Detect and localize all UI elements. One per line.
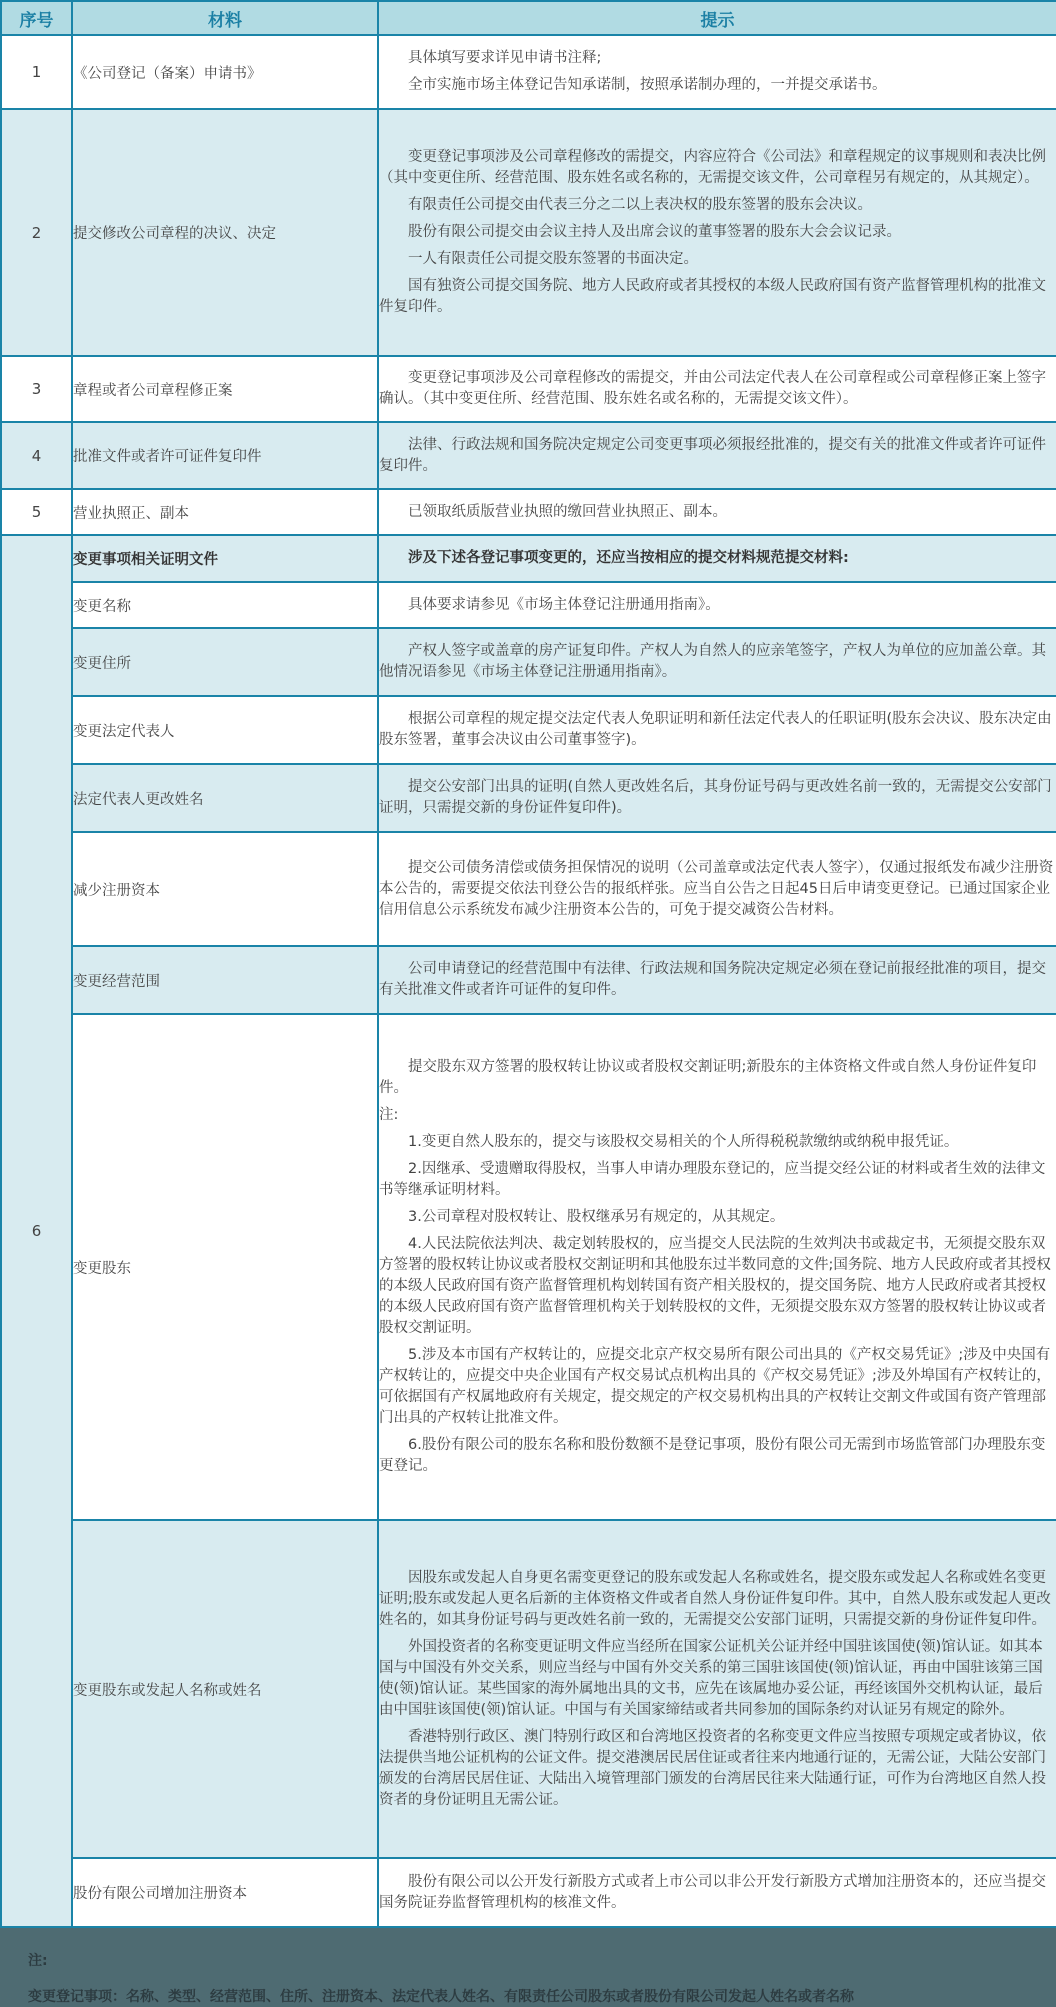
tip-cell: 公司申请登记的经营范围中有法律、行政法规和国务院决定规定必须在登记前报经批准的项… bbox=[378, 946, 1056, 1014]
table-subrow: 变更名称 具体要求请参见《市场主体登记注册通用指南》。 bbox=[1, 582, 1056, 628]
tip-paragraph: 变更登记事项涉及公司章程修改的需提交，并由公司法定代表人在公司章程或公司章程修正… bbox=[379, 368, 1056, 410]
tip-paragraph: 国有独资公司提交国务院、地方人民政府或者其授权的本级人民政府国有资产监督管理机构… bbox=[379, 276, 1056, 318]
tip-paragraph: 4.人民法院依法判决、裁定划转股权的，应当提交人民法院的生效判决书或裁定书，无须… bbox=[379, 1234, 1056, 1339]
tip-paragraph: 香港特别行政区、澳门特别行政区和台湾地区投资者的名称变更文件应当按照专项规定或者… bbox=[379, 1727, 1056, 1811]
tip-cell: 提交股东双方签署的股权转让协议或者股权交割证明;新股东的主体资格文件或自然人身份… bbox=[378, 1014, 1056, 1520]
table-subrow: 减少注册资本 提交公司债务清偿或债务担保情况的说明（公司盖章或法定代表人签字），… bbox=[1, 832, 1056, 946]
table-row-section-6: 6 变更事项相关证明文件 涉及下述各登记事项变更的，还应当按相应的提交材料规范提… bbox=[1, 535, 1056, 582]
header-no: 序号 bbox=[1, 1, 72, 35]
tip-paragraph: 3.公司章程对股权转让、股权继承另有规定的，从其规定。 bbox=[379, 1207, 1056, 1228]
tip-paragraph: 已领取纸质版营业执照的缴回营业执照正、副本。 bbox=[379, 502, 1056, 523]
table-subrow: 变更经营范围 公司申请登记的经营范围中有法律、行政法规和国务院决定规定必须在登记… bbox=[1, 946, 1056, 1014]
table-row: 4 批准文件或者许可证件复印件 法律、行政法规和国务院决定规定公司变更事项必须报… bbox=[1, 422, 1056, 489]
material-cell: 变更住所 bbox=[72, 628, 378, 696]
tip-paragraph: 产权人签字或盖章的房产证复印件。产权人为自然人的应亲笔签字，产权人为单位的应加盖… bbox=[379, 641, 1056, 683]
material-cell: 变更股东 bbox=[72, 1014, 378, 1520]
row-number: 4 bbox=[1, 422, 72, 489]
footer-note-label: 注: bbox=[28, 1950, 1056, 1970]
table-row: 3 章程或者公司章程修正案 变更登记事项涉及公司章程修改的需提交，并由公司法定代… bbox=[1, 356, 1056, 422]
material-cell: 《公司登记（备案）申请书》 bbox=[72, 35, 378, 109]
tip-paragraph: 因股东或发起人自身更名需变更登记的股东或发起人名称或姓名，提交股东或发起人名称或… bbox=[379, 1568, 1056, 1631]
tip-cell: 股份有限公司以公开发行新股方式或者上市公司以非公开发行新股方式增加注册资本的，还… bbox=[378, 1858, 1056, 1927]
material-cell: 批准文件或者许可证件复印件 bbox=[72, 422, 378, 489]
tip-cell: 具体要求请参见《市场主体登记注册通用指南》。 bbox=[378, 582, 1056, 628]
tip-cell: 提交公司债务清偿或债务担保情况的说明（公司盖章或法定代表人签字），仅通过报纸发布… bbox=[378, 832, 1056, 946]
tip-paragraph: 股份有限公司提交由会议主持人及出席会议的董事签署的股东大会会议记录。 bbox=[379, 222, 1056, 243]
tip-cell: 根据公司章程的规定提交法定代表人免职证明和新任法定代表人的任职证明(股东会决议、… bbox=[378, 696, 1056, 764]
material-cell: 股份有限公司增加注册资本 bbox=[72, 1858, 378, 1927]
tip-cell: 具体填写要求详见申请书注释; 全市实施市场主体登记告知承诺制，按照承诺制办理的，… bbox=[378, 35, 1056, 109]
footer-note: 注: 变更登记事项：名称、类型、经营范围、住所、注册资本、法定代表人姓名、有限责… bbox=[0, 1928, 1056, 2007]
row-number: 6 bbox=[1, 535, 72, 1927]
tip-cell: 提交公安部门出具的证明(自然人更改姓名后，其身份证号码与更改姓名前一致的，无需提… bbox=[378, 764, 1056, 832]
tip-cell: 涉及下述各登记事项变更的，还应当按相应的提交材料规范提交材料: bbox=[378, 535, 1056, 582]
material-cell: 变更法定代表人 bbox=[72, 696, 378, 764]
tip-paragraph: 2.因继承、受遗赠取得股权，当事人申请办理股东登记的，应当提交经公证的材料或者生… bbox=[379, 1159, 1056, 1201]
material-cell: 变更事项相关证明文件 bbox=[72, 535, 378, 582]
tip-cell: 产权人签字或盖章的房产证复印件。产权人为自然人的应亲笔签字，产权人为单位的应加盖… bbox=[378, 628, 1056, 696]
tip-cell: 变更登记事项涉及公司章程修改的需提交，内容应符合《公司法》和章程规定的议事规则和… bbox=[378, 109, 1056, 356]
tip-paragraph: 6.股份有限公司的股东名称和股份数额不是登记事项，股份有限公司无需到市场监管部门… bbox=[379, 1435, 1056, 1477]
row-number: 2 bbox=[1, 109, 72, 356]
tip-note-label: 注: bbox=[379, 1105, 1056, 1126]
tip-paragraph: 提交公司债务清偿或债务担保情况的说明（公司盖章或法定代表人签字），仅通过报纸发布… bbox=[379, 858, 1056, 921]
tip-paragraph: 提交公安部门出具的证明(自然人更改姓名后，其身份证号码与更改姓名前一致的，无需提… bbox=[379, 777, 1056, 819]
footer-note-text: 变更登记事项：名称、类型、经营范围、住所、注册资本、法定代表人姓名、有限责任公司… bbox=[28, 1986, 1056, 2006]
tip-paragraph: 1.变更自然人股东的，提交与该股权交易相关的个人所得税税款缴纳或纳税申报凭证。 bbox=[379, 1132, 1056, 1153]
header-material: 材料 bbox=[72, 1, 378, 35]
tip-cell: 已领取纸质版营业执照的缴回营业执照正、副本。 bbox=[378, 489, 1056, 535]
table-header-row: 序号 材料 提示 bbox=[1, 1, 1056, 35]
tip-paragraph: 涉及下述各登记事项变更的，还应当按相应的提交材料规范提交材料: bbox=[379, 548, 1056, 569]
material-cell: 变更经营范围 bbox=[72, 946, 378, 1014]
tip-paragraph: 5.涉及本市国有产权转让的，应提交北京产权交易所有限公司出具的《产权交易凭证》;… bbox=[379, 1345, 1056, 1429]
row-number: 3 bbox=[1, 356, 72, 422]
tip-paragraph: 公司申请登记的经营范围中有法律、行政法规和国务院决定规定必须在登记前报经批准的项… bbox=[379, 959, 1056, 1001]
material-cell: 章程或者公司章程修正案 bbox=[72, 356, 378, 422]
row-number: 5 bbox=[1, 489, 72, 535]
tip-paragraph: 具体填写要求详见申请书注释; bbox=[379, 48, 1056, 69]
material-cell: 营业执照正、副本 bbox=[72, 489, 378, 535]
requirements-table: 序号 材料 提示 1 《公司登记（备案）申请书》 具体填写要求详见申请书注释; … bbox=[0, 0, 1056, 1928]
tip-paragraph: 具体要求请参见《市场主体登记注册通用指南》。 bbox=[379, 595, 1056, 616]
row-number: 1 bbox=[1, 35, 72, 109]
table-subrow: 变更住所 产权人签字或盖章的房产证复印件。产权人为自然人的应亲笔签字，产权人为单… bbox=[1, 628, 1056, 696]
table-row: 5 营业执照正、副本 已领取纸质版营业执照的缴回营业执照正、副本。 bbox=[1, 489, 1056, 535]
tip-cell: 变更登记事项涉及公司章程修改的需提交，并由公司法定代表人在公司章程或公司章程修正… bbox=[378, 356, 1056, 422]
tip-paragraph: 一人有限责任公司提交股东签署的书面决定。 bbox=[379, 249, 1056, 270]
tip-paragraph: 股份有限公司以公开发行新股方式或者上市公司以非公开发行新股方式增加注册资本的，还… bbox=[379, 1872, 1056, 1914]
tip-paragraph: 提交股东双方签署的股权转让协议或者股权交割证明;新股东的主体资格文件或自然人身份… bbox=[379, 1057, 1056, 1099]
table-subrow: 变更股东 提交股东双方签署的股权转让协议或者股权交割证明;新股东的主体资格文件或… bbox=[1, 1014, 1056, 1520]
material-cell: 法定代表人更改姓名 bbox=[72, 764, 378, 832]
tip-paragraph: 全市实施市场主体登记告知承诺制，按照承诺制办理的，一并提交承诺书。 bbox=[379, 75, 1056, 96]
material-cell: 提交修改公司章程的决议、决定 bbox=[72, 109, 378, 356]
tip-paragraph: 根据公司章程的规定提交法定代表人免职证明和新任法定代表人的任职证明(股东会决议、… bbox=[379, 709, 1056, 751]
tip-paragraph: 法律、行政法规和国务院决定规定公司变更事项必须报经批准的，提交有关的批准文件或者… bbox=[379, 435, 1056, 477]
tip-paragraph: 有限责任公司提交由代表三分之二以上表决权的股东签署的股东会决议。 bbox=[379, 195, 1056, 216]
tip-paragraph: 外国投资者的名称变更证明文件应当经所在国家公证机关公证并经中国驻该国使(领)馆认… bbox=[379, 1637, 1056, 1721]
tip-paragraph: 变更登记事项涉及公司章程修改的需提交，内容应符合《公司法》和章程规定的议事规则和… bbox=[379, 147, 1056, 189]
tip-cell: 法律、行政法规和国务院决定规定公司变更事项必须报经批准的，提交有关的批准文件或者… bbox=[378, 422, 1056, 489]
material-cell: 变更股东或发起人名称或姓名 bbox=[72, 1520, 378, 1858]
table-row: 1 《公司登记（备案）申请书》 具体填写要求详见申请书注释; 全市实施市场主体登… bbox=[1, 35, 1056, 109]
material-cell: 减少注册资本 bbox=[72, 832, 378, 946]
table-subrow: 股份有限公司增加注册资本 股份有限公司以公开发行新股方式或者上市公司以非公开发行… bbox=[1, 1858, 1056, 1927]
table-subrow: 变更法定代表人 根据公司章程的规定提交法定代表人免职证明和新任法定代表人的任职证… bbox=[1, 696, 1056, 764]
material-cell: 变更名称 bbox=[72, 582, 378, 628]
table-subrow: 法定代表人更改姓名 提交公安部门出具的证明(自然人更改姓名后，其身份证号码与更改… bbox=[1, 764, 1056, 832]
table-subrow: 变更股东或发起人名称或姓名 因股东或发起人自身更名需变更登记的股东或发起人名称或… bbox=[1, 1520, 1056, 1858]
header-tip: 提示 bbox=[378, 1, 1056, 35]
tip-cell: 因股东或发起人自身更名需变更登记的股东或发起人名称或姓名，提交股东或发起人名称或… bbox=[378, 1520, 1056, 1858]
table-row: 2 提交修改公司章程的决议、决定 变更登记事项涉及公司章程修改的需提交，内容应符… bbox=[1, 109, 1056, 356]
